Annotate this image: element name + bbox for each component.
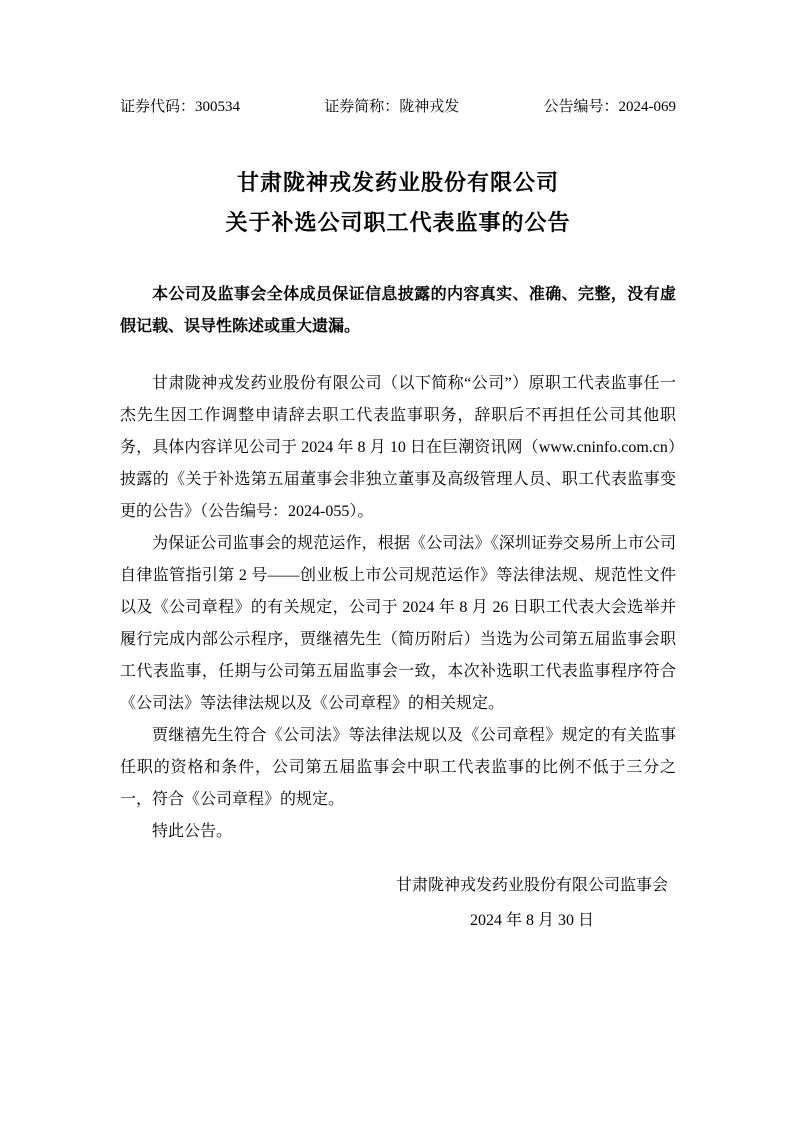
signature-block: 甘肃陇神戎发药业股份有限公司监事会 2024 年 8 月 30 日 [396, 870, 668, 937]
doc-title-line-1: 甘肃陇神戎发药业股份有限公司 [120, 163, 676, 203]
closing-paragraph: 特此公告。 [120, 816, 676, 848]
body-paragraph-1: 甘肃陇神戎发药业股份有限公司（以下简称“公司”）原职工代表监事任一杰先生因工作调… [120, 368, 676, 528]
stock-code: 证券代码：300534 [120, 96, 240, 118]
stock-name: 证券简称：陇神戎发 [324, 96, 459, 118]
disclaimer-paragraph: 本公司及监事会全体成员保证信息披露的内容真实、准确、完整，没有虚假记载、误导性陈… [120, 279, 676, 343]
signature-date: 2024 年 8 月 30 日 [396, 905, 668, 937]
body-paragraph-2: 为保证公司监事会的规范运作，根据《公司法》《深圳证券交易所上市公司自律监管指引第… [120, 528, 676, 720]
doc-header: 证券代码：300534 证券简称：陇神戎发 公告编号：2024-069 [120, 96, 676, 118]
body-text: 甘肃陇神戎发药业股份有限公司（以下简称“公司”）原职工代表监事任一杰先生因工作调… [120, 368, 676, 848]
page-title: 甘肃陇神戎发药业股份有限公司 关于补选公司职工代表监事的公告 [120, 163, 676, 243]
body-paragraph-3: 贾继禧先生符合《公司法》等法律法规以及《公司章程》规定的有关监事任职的资格和条件… [120, 720, 676, 816]
announcement-page: 证券代码：300534 证券简称：陇神戎发 公告编号：2024-069 甘肃陇神… [0, 0, 793, 1122]
doc-title-line-2: 关于补选公司职工代表监事的公告 [120, 203, 676, 243]
signature-company: 甘肃陇神戎发药业股份有限公司监事会 [396, 870, 668, 902]
announcement-number: 公告编号：2024-069 [544, 96, 677, 118]
